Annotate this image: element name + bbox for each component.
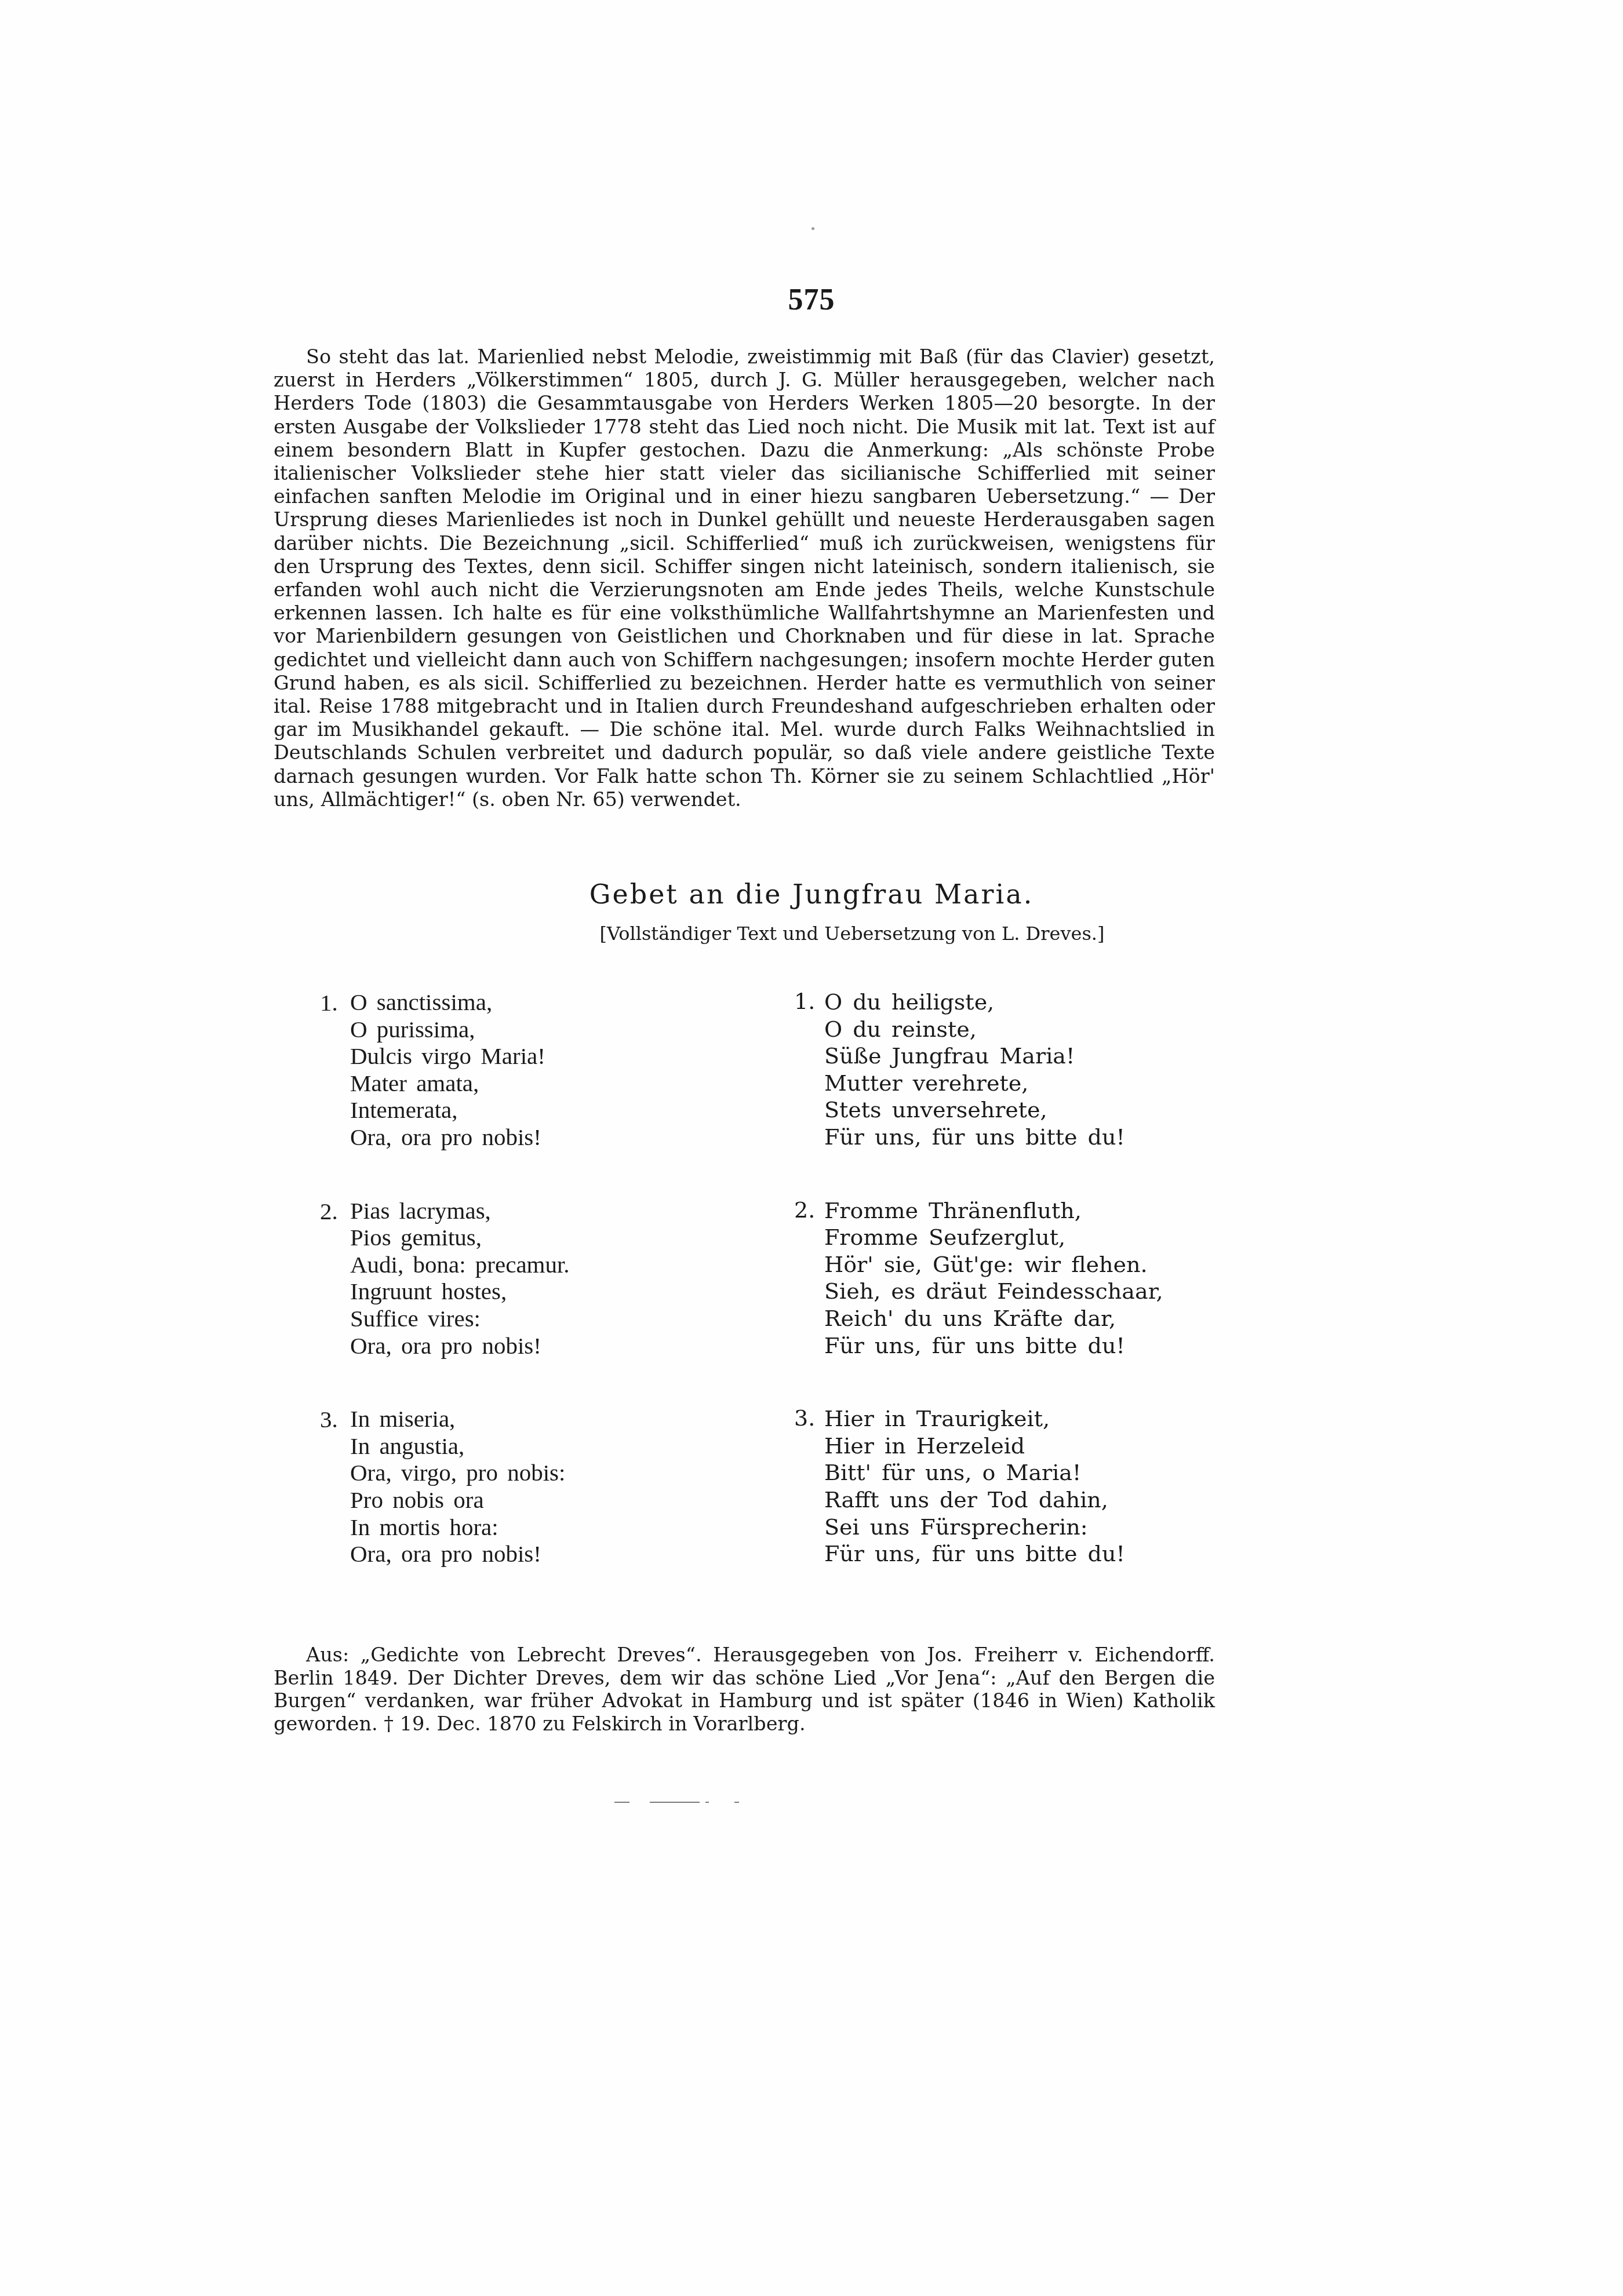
page-number: 575 xyxy=(0,283,1623,317)
verse-line: Pios gemitus, xyxy=(320,1224,570,1251)
verse-line: Mater amata, xyxy=(320,1070,570,1097)
verse-line: Ora, virgo, pro nobis: xyxy=(320,1459,570,1486)
verse-line: Hier in Herzeleid xyxy=(794,1433,1163,1460)
book-page: 575 So steht das lat. Marienlied nebst M… xyxy=(0,0,1623,2296)
verse-line: Für uns, für uns bitte du! xyxy=(794,1540,1163,1568)
verse-line: Sei uns Fürsprecherin: xyxy=(794,1514,1163,1541)
poem-subtitle: [Vollständiger Text und Uebersetzung von… xyxy=(0,923,1623,945)
latin-stanza-2: 2. Pias lacrymas, Pios gemitus, Audi, bo… xyxy=(320,1197,570,1360)
verse-line: In mortis hora: xyxy=(320,1514,570,1541)
stanza-number: 1. xyxy=(794,989,815,1014)
german-stanza-1: 1. O du heiligste, O du reinste, Süße Ju… xyxy=(794,989,1163,1151)
verse-line: Fromme Thränenfluth, xyxy=(794,1197,1163,1224)
verse-line: Pias lacrymas, xyxy=(320,1197,570,1224)
verse-line: Reich' du uns Kräfte dar, xyxy=(794,1305,1163,1332)
verse-line: Hier in Traurigkeit, xyxy=(794,1405,1163,1433)
verse-line: Fromme Seufzerglut, xyxy=(794,1224,1163,1251)
verse-line: Dulcis virgo Maria! xyxy=(320,1043,570,1070)
verse-line: Stets unversehrete, xyxy=(794,1096,1163,1124)
verse-line: Sieh, es dräut Feindesschaar, xyxy=(794,1278,1163,1305)
end-rule-divider xyxy=(614,1802,739,1803)
latin-stanza-1: 1. O sanctissima, O purissima, Dulcis vi… xyxy=(320,989,570,1151)
verse-line: Ora, ora pro nobis! xyxy=(320,1332,570,1360)
verse-line: Audi, bona: precamur. xyxy=(320,1251,570,1278)
verse-line: Rafft uns der Tod dahin, xyxy=(794,1486,1163,1514)
print-speck xyxy=(811,227,814,230)
verse-line: Hör' sie, Güt'ge: wir flehen. xyxy=(794,1251,1163,1278)
stanza-number: 1. xyxy=(320,989,338,1016)
verse-line: O sanctissima, xyxy=(320,989,570,1016)
verse-line: Ingruunt hostes, xyxy=(320,1278,570,1305)
verse-line: In angustia, xyxy=(320,1433,570,1460)
stanza-number: 2. xyxy=(320,1197,338,1225)
latin-text-column: 1. O sanctissima, O purissima, Dulcis vi… xyxy=(320,989,570,1614)
stanza-number: 3. xyxy=(320,1405,338,1433)
verse-line: Für uns, für uns bitte du! xyxy=(794,1124,1163,1151)
stanza-number: 3. xyxy=(794,1405,815,1431)
verse-line: O purissima, xyxy=(320,1016,570,1043)
verse-line: Bitt' für uns, o Maria! xyxy=(794,1459,1163,1486)
verse-line: In miseria, xyxy=(320,1405,570,1433)
german-stanza-2: 2. Fromme Thränenfluth, Fromme Seufzergl… xyxy=(794,1197,1163,1360)
stanza-number: 2. xyxy=(794,1197,815,1223)
verse-line: Pro nobis ora xyxy=(320,1486,570,1514)
german-translation-column: 1. O du heiligste, O du reinste, Süße Ju… xyxy=(794,989,1163,1614)
verse-line: Für uns, für uns bitte du! xyxy=(794,1332,1163,1360)
verse-line: Intemerata, xyxy=(320,1096,570,1124)
source-note: Aus: „Gedichte von Lebrecht Dreves“. Her… xyxy=(274,1643,1215,1735)
verse-line: O du reinste, xyxy=(794,1016,1163,1043)
verse-line: Süße Jungfrau Maria! xyxy=(794,1043,1163,1070)
verse-line: Mutter verehrete, xyxy=(794,1070,1163,1097)
verse-line: Ora, ora pro nobis! xyxy=(320,1540,570,1568)
verse-line: Ora, ora pro nobis! xyxy=(320,1124,570,1151)
latin-stanza-3: 3. In miseria, In angustia, Ora, virgo, … xyxy=(320,1405,570,1568)
verse-line: O du heiligste, xyxy=(794,989,1163,1016)
commentary-paragraph: So steht das lat. Marienlied nebst Melod… xyxy=(274,345,1215,811)
poem-title: Gebet an die Jungfrau Maria. xyxy=(0,879,1623,910)
verse-line: Suffice vires: xyxy=(320,1305,570,1332)
german-stanza-3: 3. Hier in Traurigkeit, Hier in Herzelei… xyxy=(794,1405,1163,1568)
